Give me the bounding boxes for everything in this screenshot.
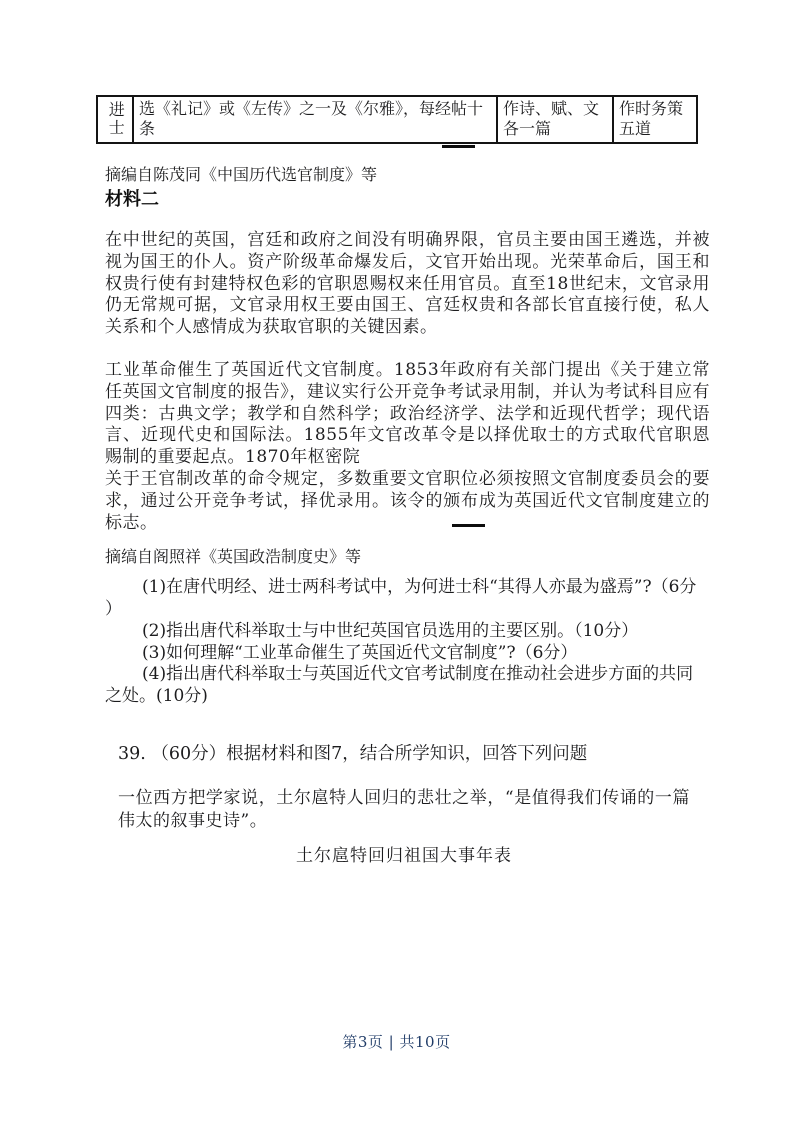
material-2-heading: 材料二 xyxy=(105,189,710,211)
attribution-line-1: 摘编自陈茂同《中国历代选官制度》等 xyxy=(105,164,710,186)
question39-section: 39. （60分）根据材料和图7，结合所学知识，回答下列问题 一位西方把学家说，… xyxy=(118,742,690,883)
question-39-prompt: 39. （60分）根据材料和图7，结合所学知识，回答下列问题 xyxy=(118,742,690,766)
exam-subjects-table: 进士 选《礼记》或《左传》之一及《尔雅》，每经帖十条 作诗、赋、文各一篇 作时务… xyxy=(96,95,698,144)
question38-section: 进士 选《礼记》或《左传》之一及《尔雅》，每经帖十条 作诗、赋、文各一篇 作时务… xyxy=(105,95,710,708)
table-row: 进士 选《礼记》或《左传》之一及《尔雅》，每经帖十条 作诗、赋、文各一篇 作时务… xyxy=(97,96,697,143)
question-1-line-2: ） xyxy=(105,599,710,621)
table-cell-classics: 选《礼记》或《左传》之一及《尔雅》，每经帖十条 xyxy=(133,96,497,143)
exam-page: 进士 选《礼记》或《左传》之一及《尔雅》，每经帖十条 作诗、赋、文各一篇 作时务… xyxy=(0,0,793,1122)
material-2-paragraph-1: 在中世纪的英国，宫廷和政府之间没有明确界限，官员主要由国王遴选，并被视为国王的仆… xyxy=(105,230,710,339)
attribution-line-2: 摘缟自阁照祥《英国政浩制度史》等 xyxy=(105,546,710,568)
table-cell-policy-essays: 作时务策五道 xyxy=(613,96,697,143)
events-table-title: 土尔扈特回归祖国大事年表 xyxy=(118,841,690,866)
material-2-paragraph-3: 关于王官制改革的命令规定，多数重要文官职位必须按照文官制度委员会的要求，通过公开… xyxy=(105,469,710,534)
material-2-paragraph-2: 工业革命催生了英国近代文官制度。1853年政府有关部门提出《关于建立常任英国文官… xyxy=(105,360,710,469)
question-2: (2)指出唐代科举取士与中世纪英国官员选用的主要区别。（10分） xyxy=(105,621,710,643)
row-header-cell: 进士 xyxy=(97,96,133,143)
question-1-line-1: (1)在唐代明经、进士两科考试中，为何进士科“其得人亦最为盛焉”?（6分 xyxy=(105,577,710,599)
attribution-dash-rule-2 xyxy=(452,524,485,527)
table-cell-composition: 作诗、赋、文各一篇 xyxy=(497,96,613,143)
question-3: (3)如何理解“工业革命催生了英国近代文官制度”?（6分） xyxy=(105,643,710,665)
page-footer: 第3页 | 共10页 xyxy=(0,1031,793,1052)
question-39-paragraph: 一位西方把学家说，土尔扈特人回归的悲壮之举，“是值得我们传诵的一篇伟太的叙事史诗… xyxy=(118,787,690,832)
question-4-line-2: 之处。(10分) xyxy=(105,686,710,708)
attribution-dash-rule-1 xyxy=(442,145,475,148)
question-4-line-1: (4)指出唐代科举取士与英国近代文官考试制度在推动社会进步方面的共同 xyxy=(105,664,710,686)
